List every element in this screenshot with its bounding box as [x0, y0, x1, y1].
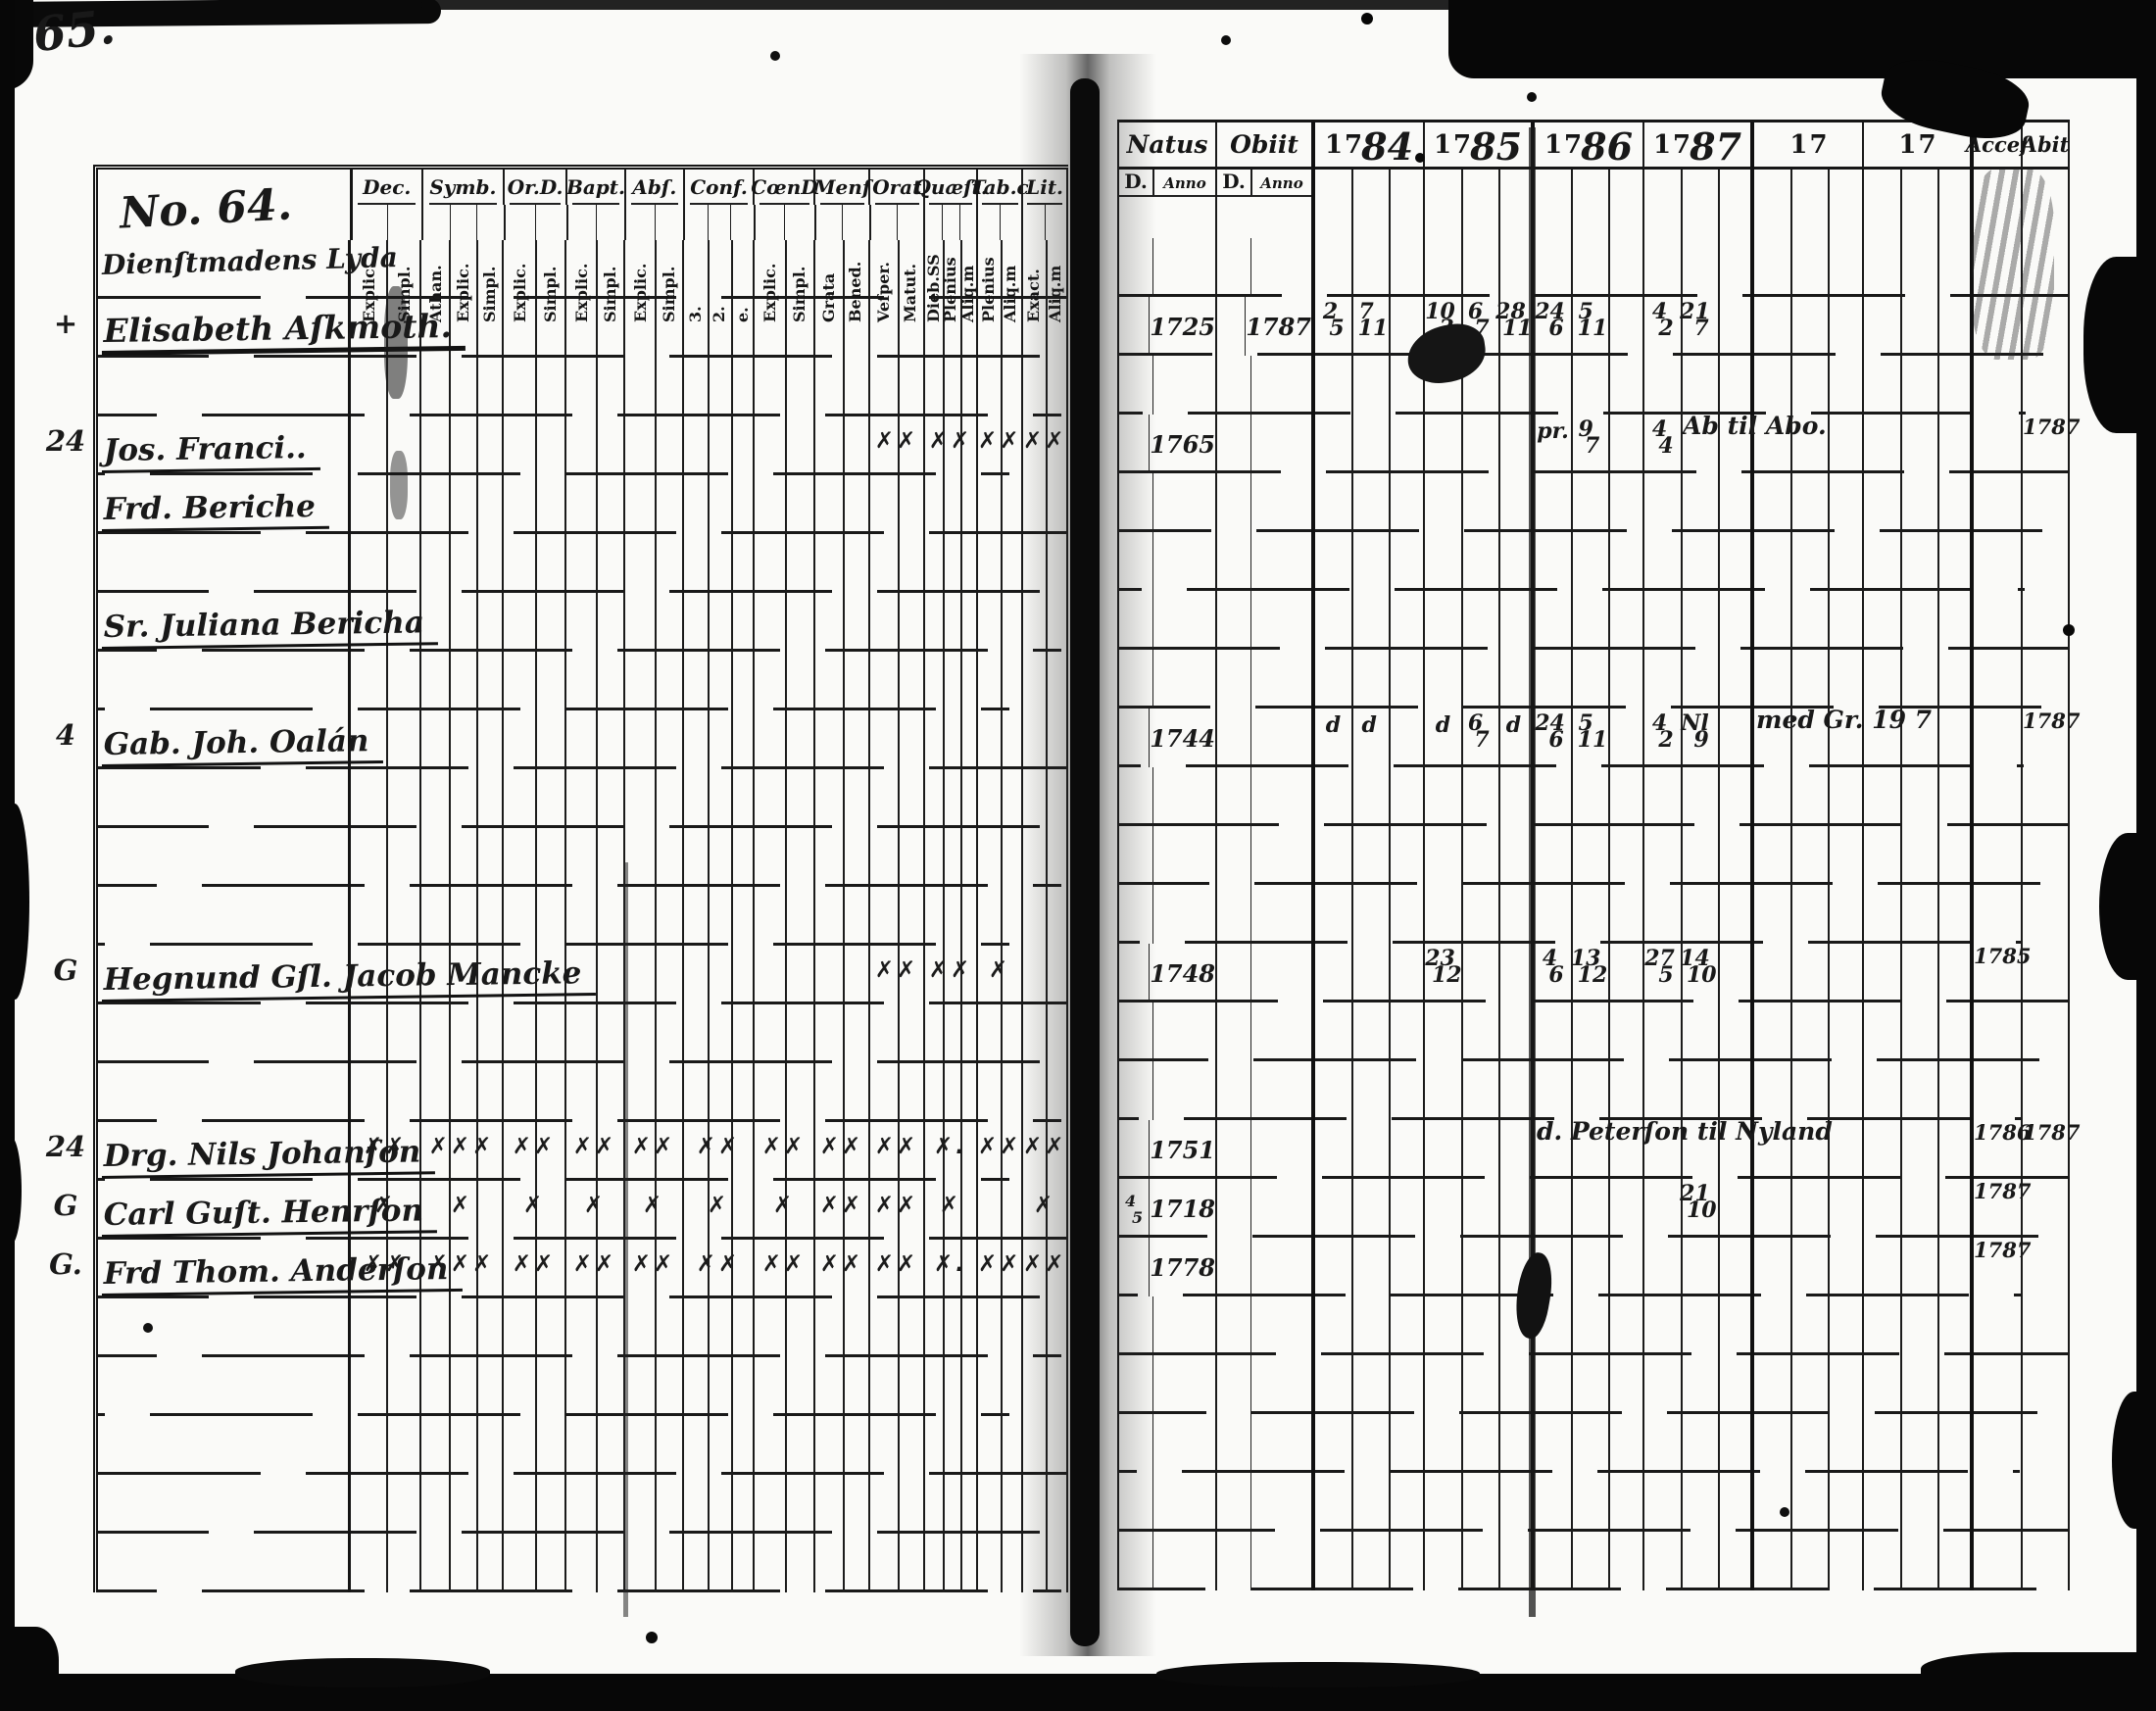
day-subcell — [1217, 297, 1245, 356]
cell-y17b — [1864, 826, 1974, 885]
cell-tab — [978, 1357, 1023, 1416]
cell-ord — [504, 1475, 566, 1534]
cell-y1785 — [1425, 1355, 1535, 1414]
subcolumn: Explic. — [756, 205, 785, 240]
subcolumn: Aliq.m — [1001, 205, 1021, 240]
anno-subcell — [1152, 591, 1215, 650]
cell-mens: ✗✗ — [815, 1240, 870, 1298]
cell-tab — [978, 887, 1023, 946]
cell-tab: ✗✗ — [978, 1240, 1023, 1298]
right-header-row: NatusObiit17841785178617871717AcceſAbit — [1119, 122, 2070, 170]
column-label: Conf. — [690, 175, 748, 199]
marginal-note: med Gr. 19 7 — [1756, 708, 1932, 732]
cell-y1785 — [1425, 885, 1535, 944]
name-cell: Gab. Joh. Oalán — [98, 710, 351, 769]
cell-bapt — [566, 1475, 625, 1534]
table-row — [1119, 885, 2070, 944]
cell-symb — [421, 652, 504, 710]
cell-y17a — [1754, 650, 1864, 709]
entry-value: 42 — [1644, 714, 1681, 749]
cell-quaest — [925, 1534, 978, 1592]
cell-y1787: 42217 — [1644, 297, 1754, 356]
column-header-y17a: 17 — [1754, 122, 1864, 170]
subcolumn: Athan. — [423, 205, 451, 240]
anno-subcell — [1152, 767, 1215, 826]
cell-coend — [755, 710, 815, 769]
cell-ord — [504, 534, 566, 593]
cell-mens — [815, 416, 870, 475]
cell-y1785: d67d — [1425, 709, 1535, 767]
cell-y1784 — [1315, 885, 1425, 944]
cell-abit — [2023, 1355, 2070, 1414]
subcolumn-headers-y17b — [1864, 170, 1974, 238]
right-subheader-row: D.AnnoD.Anno — [1119, 170, 2070, 238]
cell-y1786 — [1535, 1061, 1644, 1120]
anno-subcell — [1250, 1414, 1311, 1473]
cell-bapt — [566, 358, 625, 416]
cell-ord: ✗ — [504, 1181, 566, 1240]
cell-symb — [421, 828, 504, 887]
table-row: Frd. Beriche — [98, 475, 1068, 534]
cell-y1787: 2110 — [1644, 1179, 1754, 1238]
cell-y17b — [1864, 1296, 1974, 1355]
cell-y17a — [1754, 238, 1864, 297]
cell-orat — [870, 652, 925, 710]
cell-acces — [1974, 1532, 2023, 1590]
cell-y1785 — [1425, 415, 1535, 473]
subcolumn: Explic. — [626, 205, 655, 240]
cell-quaest — [925, 534, 978, 593]
scan-artifact — [1529, 127, 1536, 1617]
cell-y1787 — [1644, 826, 1754, 885]
subcolumn: Simpl. — [477, 205, 504, 240]
cell-y1784 — [1315, 1238, 1425, 1296]
cell-abit — [2023, 1532, 2070, 1590]
subcolumn-headers-quaest: Dieb.SSPleniusAliq.m — [925, 205, 978, 240]
cell-orat — [870, 1534, 925, 1592]
cell-orat — [870, 769, 925, 828]
table-row — [1119, 356, 2070, 415]
cell-abit: 1787 — [2023, 709, 2070, 767]
entry-year: 1748 — [1150, 959, 1215, 988]
entry-name: Drg. Nils Johanſon — [101, 1136, 434, 1179]
day-subcell — [1217, 944, 1250, 1002]
anno-subcell — [1152, 356, 1215, 415]
cell-y1784 — [1315, 1414, 1425, 1473]
subcolumn-label: Plenius — [943, 207, 958, 322]
attendance-marks: ✗✗ — [978, 428, 1021, 454]
cell-y1786: 461312 — [1535, 944, 1644, 1002]
day-subcell — [1217, 415, 1250, 473]
cell-conf — [684, 710, 755, 769]
day-subcell — [1217, 1414, 1250, 1473]
cell-y17a — [1754, 767, 1864, 826]
table-row — [1119, 532, 2070, 591]
cell-y17b — [1864, 297, 1974, 356]
anno-subcell — [1152, 532, 1215, 591]
attendance-marks: ✗✗ — [755, 1251, 813, 1277]
table-row: 172517872571110367281124651142217 — [1119, 297, 2070, 356]
subcolumn-label: Explic. — [633, 207, 649, 322]
cell-symb — [421, 416, 504, 475]
cell-conf — [684, 652, 755, 710]
table-row — [98, 1475, 1068, 1534]
entry-name: Elisabeth Aſkmoth. — [101, 308, 465, 356]
cell-bapt — [566, 593, 625, 652]
anno-subcell — [1250, 532, 1311, 591]
cell-tab — [978, 1416, 1023, 1475]
cell-mens — [815, 358, 870, 416]
subcolumn-headers-abs: Explic.Simpl. — [626, 205, 685, 240]
cell-acces — [1974, 415, 2023, 473]
column-label: Symb. — [429, 175, 496, 199]
subcolumn-label: Bened. — [848, 207, 863, 322]
cell-symb — [421, 769, 504, 828]
cell-y1787 — [1644, 885, 1754, 944]
attendance-marks: ✗✗ — [870, 1193, 923, 1218]
cell-y1787 — [1644, 650, 1754, 709]
subcolumn-label: Simpl. — [603, 207, 618, 322]
cell-tab — [978, 710, 1023, 769]
cell-y1786 — [1535, 473, 1644, 532]
table-row — [1119, 1002, 2070, 1061]
cell-y1784 — [1315, 944, 1425, 1002]
column-label: Or.D. — [508, 175, 563, 199]
cell-bapt — [566, 1298, 625, 1357]
subcolumn-label: Plenius — [981, 207, 997, 322]
anno-subcell: 1778 — [1149, 1238, 1215, 1296]
cell-quaest — [925, 710, 978, 769]
sub-label-day: D. — [1217, 170, 1250, 197]
cell-y1786 — [1535, 1179, 1644, 1238]
cell-obiit — [1217, 650, 1315, 709]
cell-abs — [625, 358, 684, 416]
column-label: Abit — [2022, 132, 2070, 157]
cell-orat — [870, 710, 925, 769]
cell-y1787 — [1644, 1238, 1754, 1296]
name-cell — [98, 887, 351, 946]
cell-y1785 — [1425, 1002, 1535, 1061]
cell-y1786 — [1535, 532, 1644, 591]
cell-acces — [1974, 1473, 2023, 1532]
cell-tab — [978, 1475, 1023, 1534]
name-cell — [98, 1416, 351, 1475]
cell-y17a — [1754, 944, 1864, 1002]
cell-y1785 — [1425, 826, 1535, 885]
cell-mens — [815, 652, 870, 710]
anno-subcell — [1250, 885, 1311, 944]
cell-y17a — [1754, 297, 1864, 356]
cell-y1786: 246511 — [1535, 709, 1644, 767]
table-row — [98, 1357, 1068, 1416]
cell-obiit — [1217, 591, 1315, 650]
day-subcell — [1217, 1120, 1250, 1179]
cell-obiit — [1217, 1238, 1315, 1296]
cell-ord — [504, 1063, 566, 1122]
cell-y17b — [1864, 944, 1974, 1002]
scan-artifact — [0, 804, 29, 1000]
cell-dec — [351, 1298, 421, 1357]
year-written: 85 — [1470, 124, 1522, 169]
cell-acces — [1974, 826, 2023, 885]
cell-tab — [978, 593, 1023, 652]
cell-y1786 — [1535, 885, 1644, 944]
cell-y1785 — [1425, 1061, 1535, 1120]
subcolumn-headers-y1785 — [1425, 170, 1535, 238]
cell-y17a — [1754, 1179, 1864, 1238]
cell-tab: ✗✗ — [978, 416, 1023, 475]
anno-subcell — [1250, 473, 1311, 532]
cell-symb — [421, 1063, 504, 1122]
anno-subcell — [1250, 1061, 1311, 1120]
cell-quaest — [925, 828, 978, 887]
entry-value: 2110 — [1680, 1185, 1716, 1219]
entry-value: 246 — [1535, 303, 1571, 337]
table-row — [1119, 473, 2070, 532]
cell-y17b — [1864, 591, 1974, 650]
year-printed: 17 — [1653, 130, 1692, 160]
cell-y17a — [1754, 1002, 1864, 1061]
cell-dec — [351, 534, 421, 593]
cell-tab — [978, 769, 1023, 828]
ink-smudge — [1972, 169, 2054, 360]
entry-value: 44 — [1644, 420, 1681, 455]
cell-mens: ✗✗ — [815, 1181, 870, 1240]
cell-orat — [870, 1063, 925, 1122]
cell-acces — [1974, 1296, 2023, 1355]
anno-subcell: 1765 — [1149, 415, 1215, 473]
subcolumn-label: Explic. — [574, 207, 590, 322]
cell-ord — [504, 475, 566, 534]
subcolumn-label: 3. — [688, 207, 704, 322]
anno-subcell — [1250, 1179, 1311, 1238]
table-row — [98, 1063, 1068, 1122]
attendance-marks: ✗✗ — [566, 1134, 623, 1159]
cell-symb — [421, 1416, 504, 1475]
cell-quaest — [925, 1357, 978, 1416]
cell-mens — [815, 887, 870, 946]
cell-y1786 — [1535, 1414, 1644, 1473]
cell-obiit — [1217, 356, 1315, 415]
cell-quaest: ✗. — [925, 1122, 978, 1181]
cell-obiit — [1217, 1473, 1315, 1532]
anno-subcell: 1744 — [1149, 709, 1215, 767]
cell-y17a — [1754, 1238, 1864, 1296]
cell-dec — [351, 652, 421, 710]
year-written: 84 — [1361, 124, 1413, 169]
name-cell: Hegnund Gſl. Jacob Mancke — [98, 946, 351, 1004]
attendance-marks: ✗ — [504, 1193, 564, 1218]
anno-subcell — [1250, 1296, 1311, 1355]
scan-artifact — [421, 0, 1460, 10]
cell-y1784 — [1315, 1296, 1425, 1355]
table-row — [1119, 650, 2070, 709]
cell-acces — [1974, 650, 2023, 709]
attendance-marks: ✗✗ — [815, 1251, 868, 1277]
subcolumn-headers-dec: Explic.Simpl. — [353, 205, 423, 240]
cell-abs: ✗✗ — [625, 1122, 684, 1181]
attendance-marks: ✗ — [684, 1193, 753, 1218]
cell-coend: ✗ — [755, 1181, 815, 1240]
cell-dec — [351, 1004, 421, 1063]
cell-mens: ✗✗ — [815, 1122, 870, 1181]
attendance-marks: ✗✗ — [925, 957, 976, 983]
name-cell — [98, 1357, 351, 1416]
cell-y1787 — [1644, 1355, 1754, 1414]
entry-year: 1778 — [1150, 1253, 1215, 1282]
day-subcell — [1217, 591, 1250, 650]
attendance-marks: ✗✗ — [684, 1251, 753, 1277]
entry-name: Sr. Juliana Bericha — [101, 607, 438, 650]
subcolumn: Veſper. — [871, 205, 898, 240]
cell-coend — [755, 1416, 815, 1475]
cell-coend — [755, 1063, 815, 1122]
table-row — [98, 652, 1068, 710]
entry-value: 1312 — [1571, 950, 1607, 984]
cell-tab: ✗ — [978, 946, 1023, 1004]
cell-dec — [351, 828, 421, 887]
cell-symb — [421, 1534, 504, 1592]
cell-y1786 — [1535, 1296, 1644, 1355]
cell-y17b — [1864, 1179, 1974, 1238]
entry-value: 67 — [1460, 714, 1496, 749]
ink-smudge — [384, 286, 408, 399]
fraction-denominator: 11 — [1502, 320, 1532, 337]
name-cell — [98, 358, 351, 416]
cell-quaest — [925, 1298, 978, 1357]
table-row — [1119, 1414, 2070, 1473]
cell-y1787 — [1644, 1002, 1754, 1061]
cell-bapt — [566, 416, 625, 475]
entry-value: pr. — [1535, 420, 1571, 442]
column-header-y1784: 1784 — [1315, 122, 1425, 170]
attendance-marks: ✗ — [755, 1193, 813, 1218]
name-cell — [98, 828, 351, 887]
cell-coend — [755, 475, 815, 534]
table-row — [1119, 1061, 2070, 1120]
entry-value: 2811 — [1495, 303, 1532, 337]
table-row: 1765pr.97441787 — [1119, 415, 2070, 473]
row-prefix: 24 — [43, 1117, 88, 1176]
cell-y1786 — [1535, 1532, 1644, 1590]
table-row — [1119, 1296, 2070, 1355]
table-row — [98, 887, 1068, 946]
cell-y1787 — [1644, 1296, 1754, 1355]
anno-subcell — [1152, 1414, 1215, 1473]
cell-acces — [1974, 532, 2023, 591]
day-subcell — [1217, 709, 1250, 767]
subcolumn-label: Athan. — [428, 207, 444, 322]
cell-obiit — [1217, 1414, 1315, 1473]
column-header-ord: Or.D. — [505, 170, 567, 205]
ink-smudge — [390, 451, 408, 519]
cell-tab — [978, 1004, 1023, 1063]
cell-obiit — [1217, 1179, 1315, 1238]
column-header-conf: Conf. — [685, 170, 756, 205]
entry-year: 1765 — [1150, 430, 1215, 459]
cell-y17b — [1864, 650, 1974, 709]
cell-acces — [1974, 1002, 2023, 1061]
cell-bapt — [566, 1416, 625, 1475]
cell-orat: ✗✗ — [870, 1240, 925, 1298]
row-prefix: 24 — [43, 412, 88, 470]
cell-y1784 — [1315, 591, 1425, 650]
entry-value: d — [1315, 714, 1351, 736]
column-label: Dec. — [363, 175, 411, 199]
day-subcell — [1217, 238, 1250, 297]
cell-abit — [2023, 826, 2070, 885]
cell-conf: ✗✗ — [684, 1122, 755, 1181]
cell-tab — [978, 1063, 1023, 1122]
subcolumn-label: Explic. — [456, 207, 471, 322]
cell-abs — [625, 710, 684, 769]
cell-coend — [755, 534, 815, 593]
scan-artifact — [2083, 257, 2156, 433]
cell-obiit — [1217, 532, 1315, 591]
cell-abs — [625, 416, 684, 475]
cell-y1784 — [1315, 1061, 1425, 1120]
cell-y17a — [1754, 1355, 1864, 1414]
cell-abs — [625, 1298, 684, 1357]
anno-subcell — [1152, 1473, 1215, 1532]
subcolumn: Explic. — [451, 205, 478, 240]
scan-artifact — [235, 1658, 490, 1687]
cell-y1784 — [1315, 532, 1425, 591]
cell-coend — [755, 1534, 815, 1592]
entry-value: d — [1495, 714, 1532, 736]
cell-y1786: 246511 — [1535, 297, 1644, 356]
cell-y17b — [1864, 1414, 1974, 1473]
column-header-symb: Symb. — [423, 170, 506, 205]
anno-subcell — [1152, 1355, 1215, 1414]
cell-ord — [504, 652, 566, 710]
subcolumn-label: Explic. — [762, 207, 778, 322]
table-row: Drg. Nils Johanſon✗✗✗✗✗✗✗✗✗✗✗✗✗✗✗✗✗✗✗✗.✗… — [98, 1122, 1068, 1181]
table-row — [1119, 238, 2070, 297]
name-cell — [98, 1298, 351, 1357]
cell-y17b — [1864, 767, 1974, 826]
entry-value: 711 — [1351, 303, 1388, 337]
cell-quaest — [925, 593, 978, 652]
cell-quaest — [925, 1004, 978, 1063]
cell-y1784 — [1315, 1002, 1425, 1061]
cell-dec — [351, 475, 421, 534]
cell-acces — [1974, 885, 2023, 944]
subcolumn-headers-conf: 3.2.e. — [685, 205, 756, 240]
attendance-marks: ✗✗ — [870, 1134, 923, 1159]
cell-bapt: ✗ — [566, 1181, 625, 1240]
cell-y1786 — [1535, 1002, 1644, 1061]
cell-y1785 — [1425, 650, 1535, 709]
cell-conf — [684, 828, 755, 887]
cell-orat — [870, 358, 925, 416]
cell-y17a — [1754, 591, 1864, 650]
cell-y1785 — [1425, 532, 1535, 591]
subcolumn-headers-y1787 — [1644, 170, 1754, 238]
cell-quaest — [925, 1475, 978, 1534]
cell-quaest — [925, 1416, 978, 1475]
cell-mens — [815, 769, 870, 828]
subcolumn-label: Simpl. — [792, 207, 808, 322]
name-cell: Jos. Franci.. — [98, 416, 351, 475]
cell-dec — [351, 1357, 421, 1416]
cell-mens — [815, 1475, 870, 1534]
cell-bapt — [566, 1063, 625, 1122]
cell-conf — [684, 358, 755, 416]
cell-coend — [755, 887, 815, 946]
subcolumn: Matut. — [898, 205, 923, 240]
fraction-denominator: 10 — [1687, 1202, 1716, 1219]
